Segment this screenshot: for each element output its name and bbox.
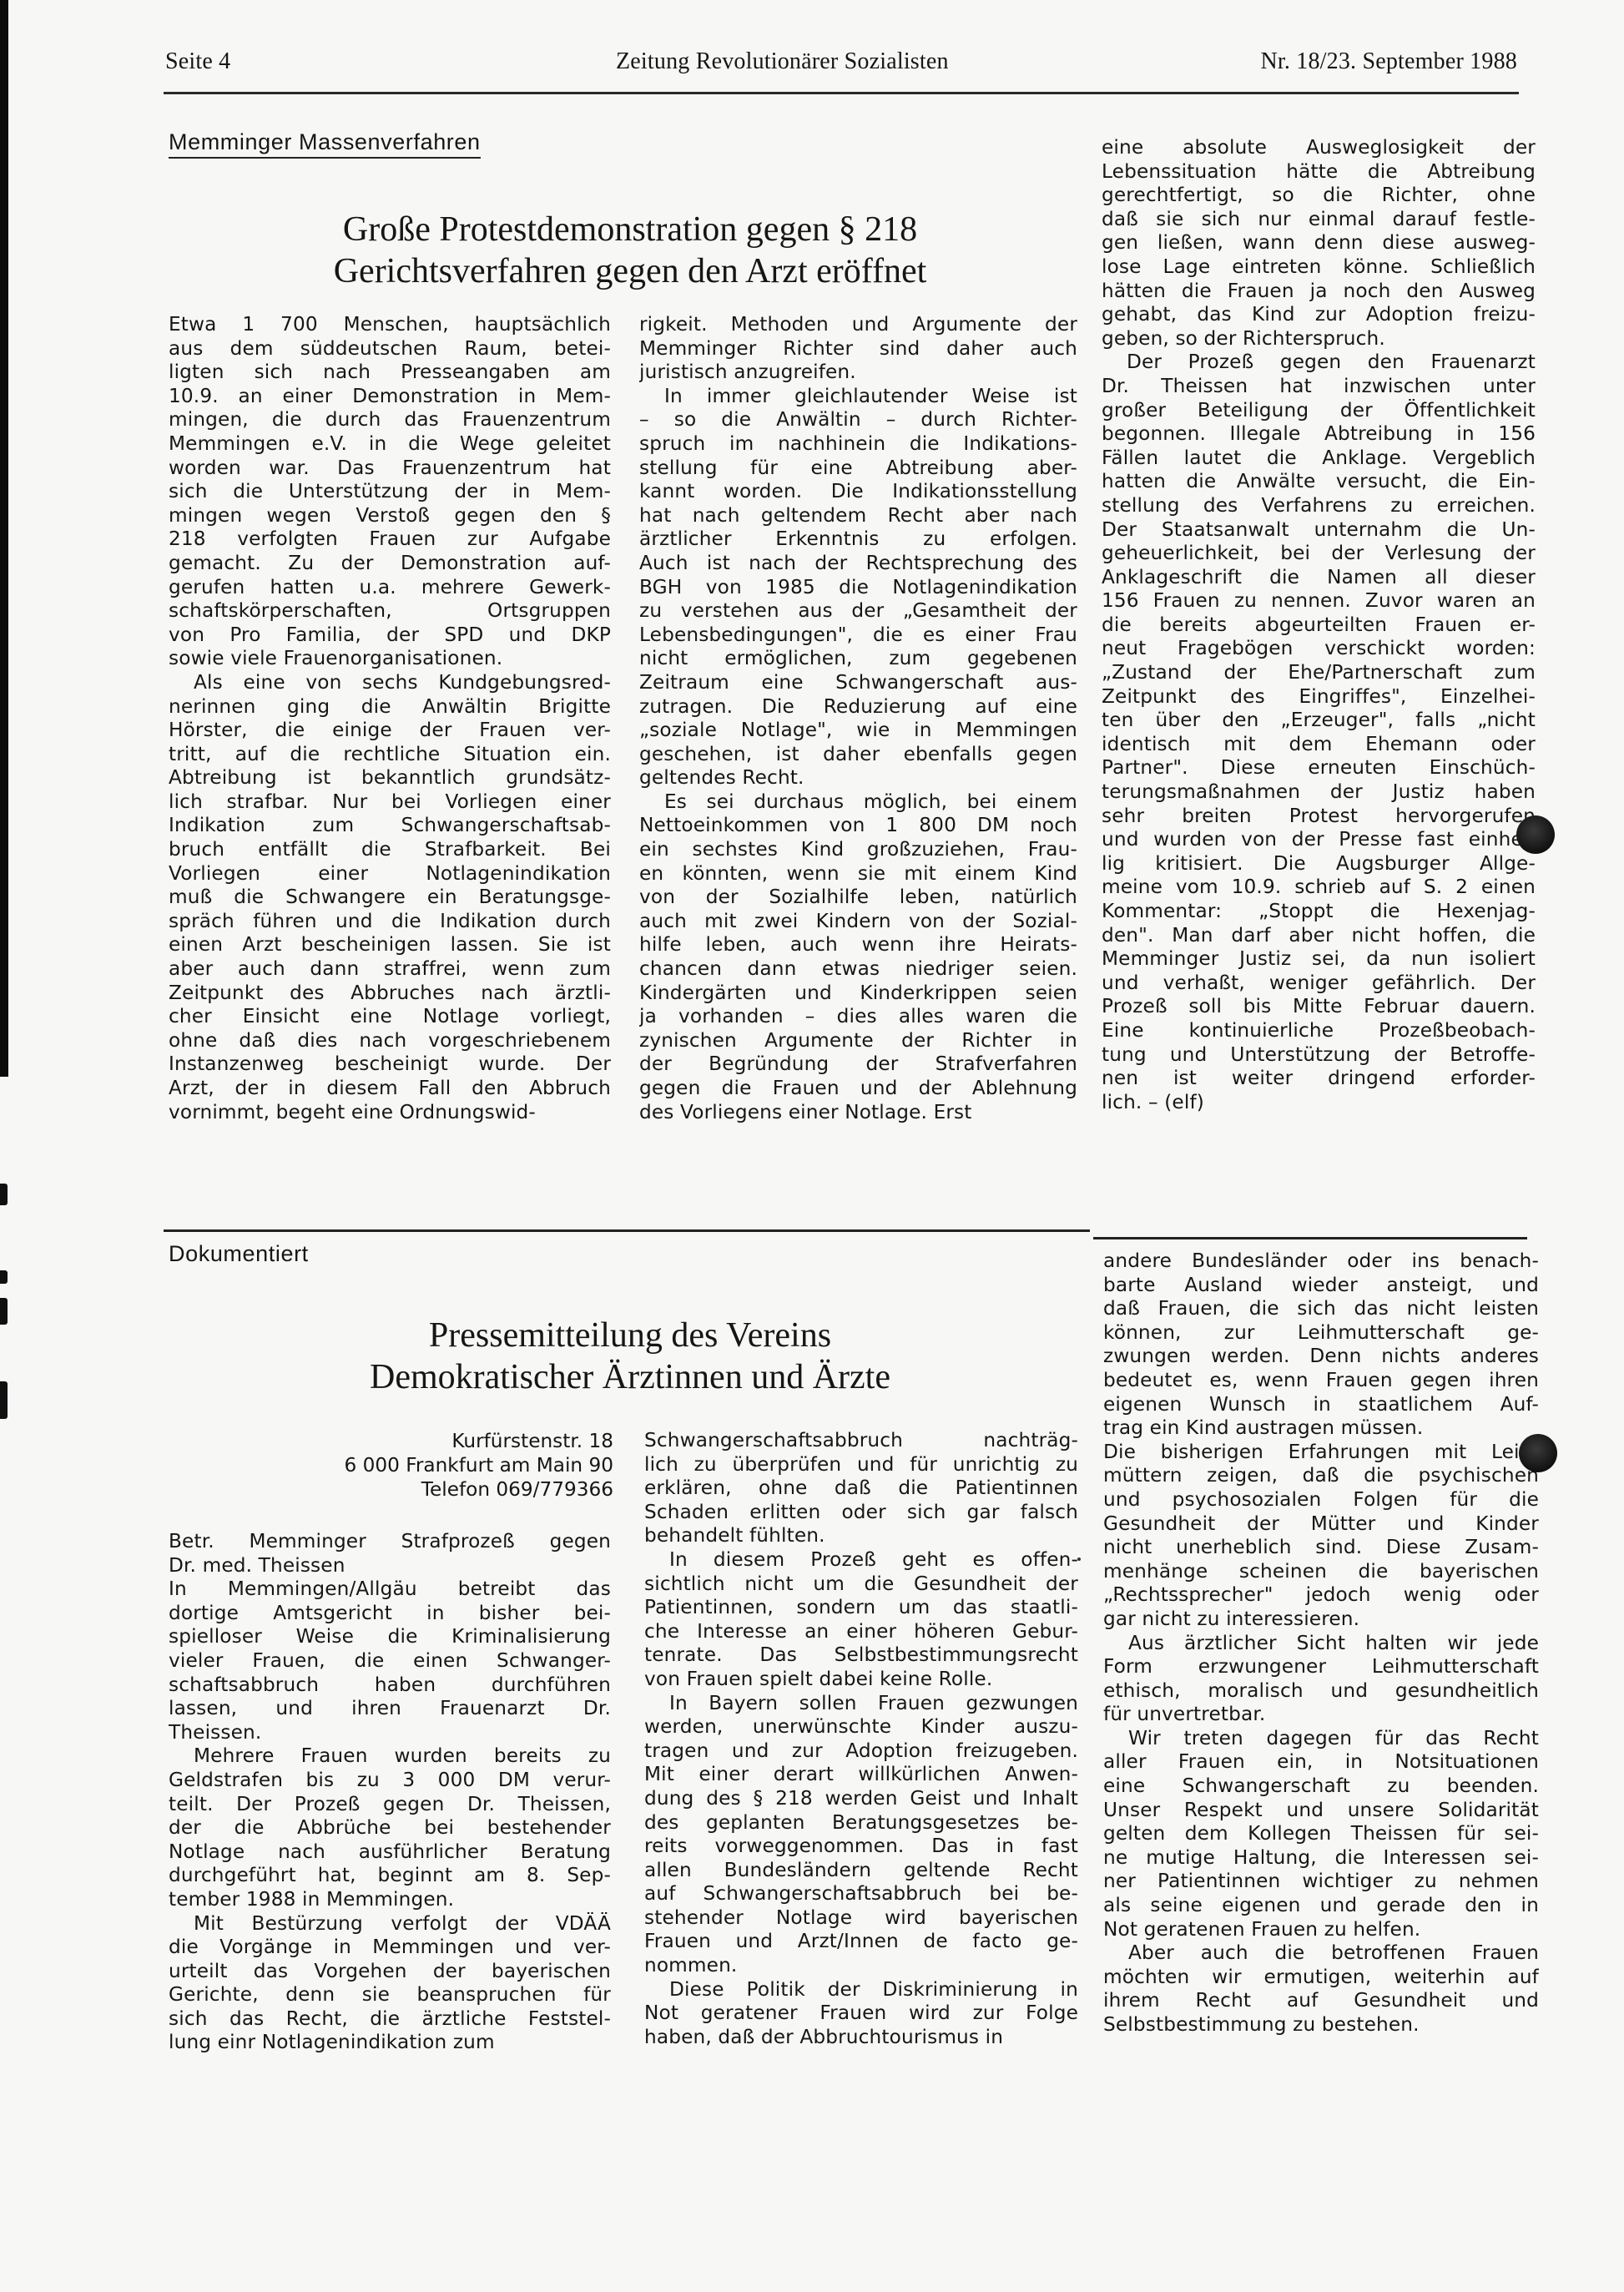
- text-line: als seine eigenen und gerade den in: [1103, 1894, 1539, 1918]
- text-line: muß die Schwangere ein Beratungsge-: [169, 886, 611, 910]
- text-line: Gerichte, denn sie beanspruchen für: [169, 1983, 611, 2007]
- text-line: Schwangerschaftsabbruch nachträg-: [644, 1429, 1078, 1453]
- text-line: begonnen. Illegale Abtreibung in 156: [1102, 422, 1536, 447]
- section-divider-right: [1093, 1237, 1527, 1239]
- text-line: Instanzenweg bescheinigt wurde. Der: [169, 1053, 611, 1077]
- text-line: gelten dem Kollegen Theissen für sei-: [1103, 1822, 1539, 1846]
- text-line: hatten die Anwälte versucht, die Ein-: [1102, 470, 1536, 494]
- text-line: dung des § 218 werden Geist und Inhalt: [644, 1787, 1078, 1811]
- text-line: Die bisherigen Erfahrungen mit Leih-: [1103, 1441, 1539, 1465]
- text-line: Frauen und Arzt/Innen de facto ge-: [644, 1930, 1078, 1954]
- text-line: Mehrere Frauen wurden bereits zu: [169, 1744, 611, 1769]
- text-line: tember 1988 in Memmingen.: [169, 1888, 611, 1912]
- text-line: tenrate. Das Selbstbestimmungsrecht: [644, 1643, 1078, 1668]
- text-line: ohne daß dies nach vorgeschriebenem: [169, 1029, 611, 1053]
- text-line: erklären, ohne daß die Patientinnen: [644, 1477, 1078, 1501]
- text-line: hilfe leben, auch wenn ihre Heirats-: [639, 933, 1077, 957]
- text-line: gehabt, das Kind zur Adoption freizu-: [1102, 303, 1536, 327]
- text-line: Memminger Richter sind daher auch: [639, 337, 1077, 361]
- page-header: Seite 4 Zeitung Revolutionärer Sozialist…: [165, 48, 1517, 85]
- text-line: nerinnen ging die Anwältin Brigitte: [169, 695, 611, 719]
- text-line: Dr. Theissen hat inzwischen unter: [1102, 375, 1536, 399]
- text-line: ein sechstes Kind großzuziehen, Frau-: [639, 838, 1077, 862]
- address-city: 6 000 Frankfurt am Main 90: [292, 1453, 613, 1477]
- text-line: Eine kontinuierliche Prozeßbeobach-: [1102, 1019, 1536, 1043]
- publication-title: Zeitung Revolutionärer Sozialisten: [616, 48, 949, 75]
- address-phone: Telefon 069/779366: [292, 1477, 613, 1502]
- text-line: zu verstehen aus der „Gesamtheit der: [639, 599, 1077, 623]
- text-line: sich die Unterstützung der in Mem-: [169, 480, 611, 504]
- text-line: hätten die Frauen ja noch den Ausweg: [1102, 280, 1536, 304]
- text-line: durchgeführt hat, beginnt am 8. Sep-: [169, 1864, 611, 1888]
- text-line: neut Fragebögen verschickt worden:: [1102, 637, 1536, 661]
- text-line: gar nicht zu interessieren.: [1103, 1608, 1539, 1632]
- text-line: Geldstrafen bis zu 3 000 DM verur-: [169, 1769, 611, 1793]
- scan-edge-shadow: [0, 0, 8, 1077]
- text-line: – so die Anwältin – durch Richter-: [639, 408, 1077, 432]
- text-line: juristisch anzugreifen.: [639, 361, 1077, 385]
- text-line: lose Lage eintreten könne. Schließlich: [1102, 255, 1536, 280]
- text-line: sowie viele Frauenorganisationen.: [169, 647, 611, 671]
- text-line: mingen wegen Verstoß gegen den §: [169, 504, 611, 528]
- text-line: Diese Politik der Diskriminierung in: [644, 1978, 1078, 2002]
- text-line: worden war. Das Frauenzentrum hat: [169, 457, 611, 481]
- article2-headline-line1: Pressemitteilung des Vereins: [167, 1315, 1093, 1356]
- text-line: Memmingen e.V. in die Wege geleitet: [169, 432, 611, 457]
- text-line: „Rechtssprecher" jedoch wenig oder: [1103, 1583, 1539, 1608]
- text-line: Aber auch die betroffenen Frauen: [1103, 1941, 1539, 1966]
- text-line: Mit einer derart willkürlichen Anwen-: [644, 1763, 1078, 1787]
- text-line: Notlage nach ausführlicher Beratung: [169, 1840, 611, 1865]
- text-line: che Interesse an einer höheren Gebur-: [644, 1620, 1078, 1644]
- text-line: Lebensbedingungen", die es einer Frau: [639, 623, 1077, 648]
- text-line: stehender Notlage wird bayerischen: [644, 1906, 1078, 1931]
- article2-column-2: Schwangerschaftsabbruch nachträg-lich zu…: [644, 1429, 1078, 2049]
- address-street: Kurfürstenstr. 18: [292, 1429, 613, 1453]
- text-line: eigenen Wunsch in staatlichem Auf-: [1103, 1393, 1539, 1417]
- text-line: Vorliegen einer Notlagenindikation: [169, 862, 611, 886]
- text-line: lich strafbar. Nur bei Vorliegen einer: [169, 790, 611, 815]
- text-line: eine Schwangerschaft zu beenden.: [1103, 1775, 1539, 1799]
- text-line: „soziale Notlage", wie in Memmingen: [639, 719, 1077, 743]
- text-line: sich das Recht, die ärztliche Feststel-: [169, 2007, 611, 2032]
- text-line: Selbstbestimmung zu bestehen.: [1103, 2013, 1539, 2037]
- text-line: der Begründung der Strafverfahren: [639, 1053, 1077, 1077]
- text-line: nen ist weiter dringend erforder-: [1102, 1067, 1536, 1091]
- text-line: Patientinnen, sondern um das staatli-: [644, 1596, 1078, 1620]
- text-line: Auch ist nach der Rechtsprechung des: [639, 552, 1077, 576]
- text-line: vornimmt, begeht eine Ordnungswid-: [169, 1101, 611, 1125]
- text-line: Arzt, der in diesem Fall den Abbruch: [169, 1077, 611, 1101]
- text-line: Partner". Diese erneuten Einschüch-: [1102, 756, 1536, 780]
- article1-kicker: Memminger Massenverfahren: [169, 129, 481, 159]
- text-line: stellung des Verfahrens zu erreichen.: [1102, 494, 1536, 518]
- text-line: Not geratener Frauen wird zur Folge: [644, 2002, 1078, 2026]
- text-line: lig kritisiert. Die Augsburger Allge-: [1102, 852, 1536, 876]
- text-line: großer Beteiligung der Öffentlichkeit: [1102, 399, 1536, 423]
- text-line: zynischen Argumente der Richter in: [639, 1029, 1077, 1053]
- text-line: daß sie sich nur einmal darauf festle-: [1102, 208, 1536, 232]
- text-line: tragen und zur Adoption freizugeben.: [644, 1739, 1078, 1764]
- text-line: Hörster, die einige der Frauen ver-: [169, 719, 611, 743]
- text-line: auch mit zwei Kindern von der Sozial-: [639, 910, 1077, 934]
- text-line: Form erzwungener Leihmutterschaft: [1103, 1655, 1539, 1679]
- text-line: vieler Frauen, die einen Schwanger-: [169, 1649, 611, 1674]
- text-line: bedeutet es, wenn Frauen gegen ihren: [1103, 1369, 1539, 1393]
- text-line: Als eine von sechs Kundgebungsred-: [169, 671, 611, 695]
- text-line: schaftskörperschaften, Ortsgruppen: [169, 599, 611, 623]
- text-line: sehr breiten Protest hervorgerufen: [1102, 805, 1536, 829]
- scan-speck: [1077, 1557, 1081, 1561]
- text-line: chancen dann etwas niedriger seien.: [639, 957, 1077, 982]
- text-line: nommen.: [644, 1954, 1078, 1978]
- text-line: Kindergärten und Kinderkrippen seien: [639, 982, 1077, 1006]
- text-line: tung und Unterstützung der Betroffe-: [1102, 1043, 1536, 1068]
- text-line: daß Frauen, die sich das nicht leisten: [1103, 1297, 1539, 1321]
- text-line: Unser Respekt und unsere Solidarität: [1103, 1799, 1539, 1823]
- article1-column-2: rigkeit. Methoden und Argumente derMemmi…: [639, 313, 1077, 1124]
- text-line: trag ein Kind austragen müssen.: [1103, 1416, 1539, 1441]
- text-line: ner Patientinnen wichtiger zu nehmen: [1103, 1870, 1539, 1894]
- text-line: 10.9. an einer Demonstration in Mem-: [169, 385, 611, 409]
- text-line: identisch mit dem Ehemann oder: [1102, 733, 1536, 757]
- text-line: Theissen.: [169, 1721, 611, 1745]
- text-line: Schaden erlitten oder sich gar falsch: [644, 1501, 1078, 1525]
- issue-date: Nr. 18/23. September 1988: [1260, 48, 1517, 75]
- section-divider: [164, 1229, 1090, 1232]
- text-line: schaftsabbruch haben durchführen: [169, 1674, 611, 1698]
- text-line: tritt, auf die rechtliche Situation ein.: [169, 743, 611, 767]
- text-line: allen Bundesländern geltende Recht: [644, 1859, 1078, 1883]
- text-line: en könnten, wenn sie mit einem Kind: [639, 862, 1077, 886]
- text-line: Wir treten dagegen für das Recht: [1103, 1727, 1539, 1751]
- text-line: und verhaßt, weniger gefährlich. Der: [1102, 972, 1536, 996]
- text-line: In Memmingen/Allgäu betreibt das: [169, 1578, 611, 1602]
- text-line: sichtlich nicht um die Gesundheit der: [644, 1573, 1078, 1597]
- text-line: von der Sozialhilfe leben, natürlich: [639, 886, 1077, 910]
- text-line: gerufen hatten u.a. mehrere Gewerk-: [169, 576, 611, 600]
- text-line: ethisch, moralisch und gesundheitlich: [1103, 1679, 1539, 1704]
- text-line: ligten sich nach Presseangaben am: [169, 361, 611, 385]
- text-line: meine vom 10.9. schrieb auf S. 2 einen: [1102, 876, 1536, 900]
- text-line: ärztlicher Erkenntnis zu erfolgen.: [639, 528, 1077, 552]
- text-line: In diesem Prozeß geht es offen-: [644, 1548, 1078, 1573]
- text-line: spräch führen und die Indikation durch: [169, 910, 611, 934]
- scan-edge-mark: [0, 1184, 8, 1205]
- text-line: mingen, die durch das Frauenzentrum: [169, 408, 611, 432]
- text-line: barte Ausland wieder ansteigt, und: [1103, 1274, 1539, 1298]
- text-line: Betr. Memminger Strafprozeß gegen: [169, 1530, 611, 1554]
- text-line: ihrem Recht auf Gesundheit und: [1103, 1989, 1539, 2013]
- text-line: Nettoeinkommen von 1 800 DM noch: [639, 814, 1077, 838]
- article2-column-3: andere Bundesländer oder ins benach-bart…: [1103, 1249, 1539, 2037]
- article1-headline-line2: Gerichtsverfahren gegen den Arzt eröffne…: [167, 250, 1093, 292]
- punch-hole: [1516, 815, 1555, 854]
- text-line: 218 verfolgten Frauen zur Aufgabe: [169, 528, 611, 552]
- text-line: einen Arzt bescheinigen lassen. Sie ist: [169, 933, 611, 957]
- text-line: des Vorliegens einer Notlage. Erst: [639, 1101, 1077, 1125]
- article1-headline-line1: Große Protestdemonstration gegen § 218: [167, 209, 1093, 250]
- text-line: geheuerlichkeit, bei der Verlesung der: [1102, 542, 1536, 566]
- text-line: spielloser Weise die Kriminalisierung: [169, 1625, 611, 1649]
- text-line: geschehen, ist daher ebenfalls gegen: [639, 743, 1077, 767]
- text-line: Der Prozeß gegen den Frauenarzt: [1102, 351, 1536, 375]
- text-line: dortige Amtsgericht in bisher bei-: [169, 1602, 611, 1626]
- text-line: menhänge scheinen die bayerischen: [1103, 1560, 1539, 1584]
- text-line: den". Man darf aber nicht hoffen, die: [1102, 924, 1536, 948]
- text-line: nicht unerheblich sind. Diese Zusam-: [1103, 1536, 1539, 1560]
- text-line: spruch im nachhinein die Indikations-: [639, 432, 1077, 457]
- article1-column-1: Etwa 1 700 Menschen, hauptsächlichaus de…: [169, 313, 611, 1124]
- text-line: urteilt das Vorgehen der bayerischen: [169, 1960, 611, 1984]
- scan-edge-mark: [0, 1270, 8, 1284]
- text-line: auf Schwangerschaftsabbruch bei be-: [644, 1882, 1078, 1906]
- text-line: reits vorweggenommen. Das in fast: [644, 1835, 1078, 1859]
- text-line: aber auch dann straffrei, wenn zum: [169, 957, 611, 982]
- text-line: ten über den „Erzeuger", falls „nicht: [1102, 709, 1536, 733]
- text-line: gemacht. Zu der Demonstration auf-: [169, 552, 611, 576]
- text-line: Abtreibung ist bekanntlich grundsätz-: [169, 766, 611, 790]
- text-line: gen ließen, wann denn diese ausweg-: [1102, 231, 1536, 255]
- punch-hole: [1519, 1434, 1557, 1472]
- text-line: von Pro Familia, der SPD und DKP: [169, 623, 611, 648]
- text-line: ja vorhanden – dies alles waren die: [639, 1005, 1077, 1029]
- text-line: möchten wir ermutigen, weiterhin auf: [1103, 1966, 1539, 1990]
- text-line: können, zur Leihmutterschaft ge-: [1103, 1321, 1539, 1345]
- text-line: In Bayern sollen Frauen gezwungen: [644, 1692, 1078, 1716]
- text-line: „Zustand der Ehe/Partnerschaft zum: [1102, 661, 1536, 685]
- article1-headline: Große Protestdemonstration gegen § 218 G…: [167, 209, 1093, 292]
- text-line: kannt worden. Die Indikationsstellung: [639, 480, 1077, 504]
- text-line: lung einr Notlagenindikation zum: [169, 2031, 611, 2055]
- text-line: lassen, und ihren Frauenarzt Dr.: [169, 1697, 611, 1721]
- text-line: und psychosozialen Folgen für die: [1103, 1488, 1539, 1512]
- header-rule: [164, 92, 1519, 94]
- text-line: stellung für eine Abtreibung aber-: [639, 457, 1077, 481]
- sender-address: Kurfürstenstr. 18 6 000 Frankfurt am Mai…: [292, 1429, 613, 1502]
- text-line: die Vorgänge in Memmingen und ver-: [169, 1936, 611, 1960]
- text-line: ne mutige Haltung, die Interessen sei-: [1103, 1846, 1539, 1870]
- text-line: von Frauen spielt dabei keine Rolle.: [644, 1668, 1078, 1692]
- text-line: werden, unerwünschte Kinder auszu-: [644, 1715, 1078, 1739]
- text-line: haben, daß der Abbruchtourismus in: [644, 2026, 1078, 2050]
- scan-edge-mark: [0, 1298, 8, 1325]
- text-line: Der Staatsanwalt unternahm die Un-: [1102, 518, 1536, 543]
- article2-headline-line2: Demokratischer Ärztinnen und Ärzte: [167, 1356, 1093, 1398]
- text-line: Zeitpunkt des Eingriffes", Einzelhei-: [1102, 685, 1536, 709]
- text-line: Mit Bestürzung verfolgt der VDÄÄ: [169, 1912, 611, 1936]
- text-line: geben, so der Richterspruch.: [1102, 327, 1536, 351]
- text-line: Es sei durchaus möglich, bei einem: [639, 790, 1077, 815]
- text-line: 156 Frauen zu nennen. Zuvor waren an: [1102, 589, 1536, 613]
- text-line: Memminger Justiz sei, da nun isoliert: [1102, 947, 1536, 972]
- scan-edge-mark: [0, 1381, 8, 1419]
- text-line: teilt. Der Prozeß gegen Dr. Theissen,: [169, 1793, 611, 1817]
- text-line: Anklageschrift die Namen all dieser: [1102, 566, 1536, 590]
- text-line: Kommentar: „Stoppt die Hexenjag-: [1102, 900, 1536, 924]
- text-line: zwungen werden. Denn nichts anderes: [1103, 1345, 1539, 1369]
- text-line: In immer gleichlautender Weise ist: [639, 385, 1077, 409]
- text-line: Gesundheit der Mütter und Kinder: [1103, 1512, 1539, 1537]
- text-line: cher Einsicht eine Notlage vorliegt,: [169, 1005, 611, 1029]
- text-line: Etwa 1 700 Menschen, hauptsächlich: [169, 313, 611, 337]
- text-line: andere Bundesländer oder ins benach-: [1103, 1249, 1539, 1274]
- text-line: gegen die Frauen und der Ablehnung: [639, 1077, 1077, 1101]
- text-line: des geplanten Beratungsgesetzes be-: [644, 1811, 1078, 1835]
- text-line: lich zu überprüfen und für unrichtig zu: [644, 1453, 1078, 1477]
- text-line: Dr. med. Theissen: [169, 1554, 611, 1578]
- article2-headline: Pressemitteilung des Vereins Demokratisc…: [167, 1315, 1093, 1398]
- article2-kicker: Dokumentiert: [169, 1241, 309, 1267]
- text-line: der die Abbrüche bei bestehender: [169, 1816, 611, 1840]
- text-line: hat nach geltendem Recht aber nach: [639, 504, 1077, 528]
- text-line: behandelt fühlten.: [644, 1524, 1078, 1548]
- text-line: Not geratenen Frauen zu helfen.: [1103, 1918, 1539, 1942]
- text-line: müttern zeigen, daß die psychischen: [1103, 1464, 1539, 1488]
- text-line: Aus ärztlicher Sicht halten wir jede: [1103, 1632, 1539, 1656]
- text-line: Lebenssituation hätte die Abtreibung: [1102, 160, 1536, 184]
- text-line: eine absolute Ausweglosigkeit der: [1102, 136, 1536, 160]
- article1-column-3: eine absolute Ausweglosigkeit derLebenss…: [1102, 136, 1536, 1114]
- text-line: Zeitpunkt des Abbruches nach ärztli-: [169, 982, 611, 1006]
- text-line: bruch entfällt die Strafbarkeit. Bei: [169, 838, 611, 862]
- text-line: zutragen. Die Reduzierung auf eine: [639, 695, 1077, 719]
- article2-column-1: Betr. Memminger Strafprozeß gegenDr. med…: [169, 1530, 611, 2055]
- text-line: für unvertretbar.: [1103, 1703, 1539, 1727]
- text-line: Indikation zum Schwangerschaftsab-: [169, 814, 611, 838]
- text-line: aus dem süddeutschen Raum, betei-: [169, 337, 611, 361]
- text-line: geltendes Recht.: [639, 766, 1077, 790]
- text-line: rigkeit. Methoden und Argumente der: [639, 313, 1077, 337]
- text-line: Zeitraum eine Schwangerschaft aus-: [639, 671, 1077, 695]
- text-line: Fällen lautet die Anklage. Vergeblich: [1102, 447, 1536, 471]
- text-line: und wurden von der Presse fast einhel-: [1102, 828, 1536, 852]
- text-line: lich. – (elf): [1102, 1091, 1536, 1115]
- text-line: terungsmaßnahmen der Justiz haben: [1102, 780, 1536, 805]
- text-line: BGH von 1985 die Notlagenindikation: [639, 576, 1077, 600]
- text-line: gerechtfertigt, so die Richter, ohne: [1102, 184, 1536, 208]
- text-line: die bereits abgeurteilten Frauen er-: [1102, 613, 1536, 638]
- text-line: Prozeß soll bis Mitte Februar dauern.: [1102, 995, 1536, 1019]
- text-line: aller Frauen ein, in Notsituationen: [1103, 1750, 1539, 1775]
- page-number: Seite 4: [165, 48, 230, 75]
- text-line: nicht ermöglichen, zum gegebenen: [639, 647, 1077, 671]
